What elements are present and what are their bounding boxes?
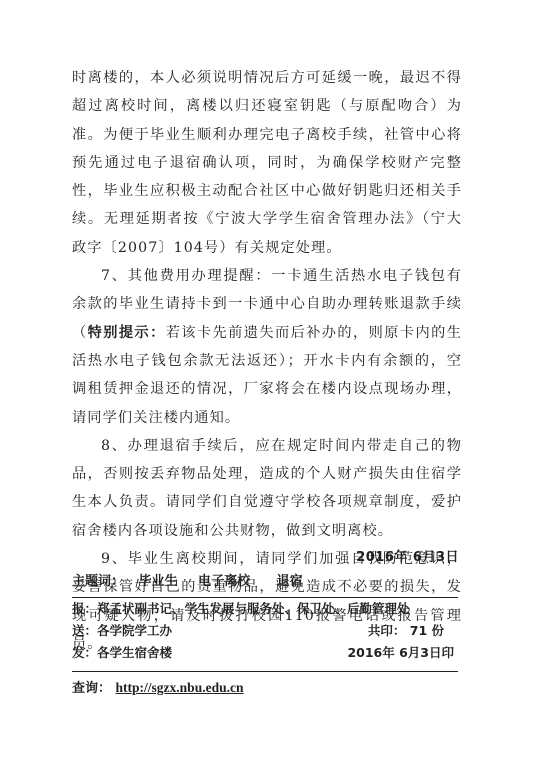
paragraph-7-fee-reminder: 7、其他费用办理提醒：一卡通生活热水电子钱包有余款的毕业生请持卡到一卡通中心自助… [72,262,462,432]
report-to-row: 报：郑孟状副书记、学生发展与服务处、保卫处、后勤管理处 [72,598,458,620]
report-to-text: 报：郑孟状副书记、学生发展与服务处、保卫处、后勤管理处 [72,601,410,616]
issue-to-text: 发：各学生宿舍楼 [72,645,172,660]
paragraph-text: 8、办理退宿手续后，应在规定时间内带走自己的物品，否则按丢弃物品处理，造成的个人… [72,438,462,539]
distribution-block: 报：郑孟状副书记、学生发展与服务处、保卫处、后勤管理处 送：各学院学工办 共印：… [72,598,458,664]
keywords-label: 主题词： [72,574,124,589]
send-to-text: 送：各学院学工办 [72,623,172,638]
print-date: 2016年 6月3日印 [347,642,454,664]
query-line: 查询： http://sgzx.nbu.edu.cn [72,677,243,696]
special-notice-label: 特别提示： [88,325,166,341]
signature-date: 2016年 6月3日 [356,546,459,565]
paragraph-text: 时离楼的，本人必须说明情况后方可延缓一晚，最迟不得超过离校时间，离楼以归还寝室钥… [72,70,462,256]
document-page: 时离楼的，本人必须说明情况后方可延缓一晚，最迟不得超过离校时间，离楼以归还寝室钥… [0,0,543,768]
keyword-item: 毕业生 [139,574,178,589]
paragraph-continued: 时离楼的，本人必须说明情况后方可延缓一晚，最迟不得超过离校时间，离楼以归还寝室钥… [72,64,462,262]
paragraph-8-belongings: 8、办理退宿手续后，应在规定时间内带走自己的物品，否则按丢弃物品处理，造成的个人… [72,432,462,545]
keywords-line: 主题词： 毕业生 电子离校 退宿 [72,570,319,589]
keyword-item: 退宿 [277,574,303,589]
query-label: 查询： [72,681,111,696]
issue-to-row: 发：各学生宿舍楼 2016年 6月3日印 [72,642,458,664]
query-link[interactable]: http://sgzx.nbu.edu.cn [116,680,244,695]
copies-count: 共印： 71 份 [368,620,444,642]
send-to-row: 送：各学院学工办 共印： 71 份 [72,620,458,642]
divider-rule-bottom [72,671,458,672]
keyword-item: 电子离校 [198,574,250,589]
